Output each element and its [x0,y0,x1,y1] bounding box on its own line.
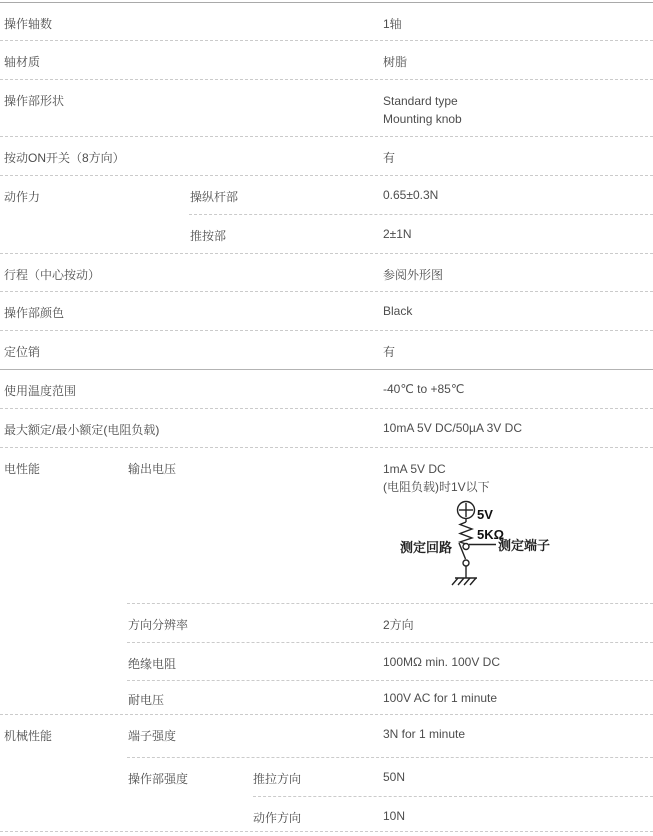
spec-value: 100MΩ min. 100V DC [383,655,500,669]
spec-value: 2方向 [383,616,414,633]
spec-value: 树脂 [383,53,407,70]
spec-sublabel: 动作方向 [253,809,301,826]
spec-value: 2±1N [383,227,412,241]
spec-value: 0.65±0.3N [383,188,438,202]
spec-label: 轴材质 [4,53,40,70]
spec-label: 操作轴数 [4,15,52,32]
spec-subrow: 绝缘电阻 100MΩ min. 100V DC [127,643,653,681]
spec-sublabel: 推拉方向 [253,770,301,787]
spec-value: Black [383,304,412,318]
spec-label: 动作力 [4,188,40,205]
resistor-icon [460,522,472,544]
spec-row: 按动ON开关（8方向） 有 [0,137,653,176]
spec-row: 操作轴数 1轴 [0,3,653,41]
spec-subrow: 推拉方向 50N [253,758,653,797]
spec-label: 按动ON开关（8方向） [4,149,125,166]
spec-row: 定位销 有 [0,331,653,370]
spec-sublabel: 端子强度 [128,727,176,744]
spec-label: 机械性能 [4,727,52,744]
spec-value-line: 1mA 5V DC [383,462,446,476]
spec-subrow-group: 操作部强度 推拉方向 50N 动作方向 10N [127,758,653,831]
spec-sublabel: 方向分辨率 [128,616,188,633]
spec-subrow: 端子强度 3N for 1 minute [127,715,653,758]
spec-value: 1mA 5V DC (电阻负载)时1V以下 [383,460,490,496]
spec-row: 操作部形状 Standard type Mounting knob [0,80,653,137]
spec-subrow: 操纵杆部 0.65±0.3N [189,176,653,215]
spec-label: 定位销 [4,343,40,360]
measurement-circuit-diagram: 5V 5KΩ 测定回路 测定端子 [388,499,573,591]
spec-sublabel: 操纵杆部 [190,188,238,205]
spec-row: 轴材质 树脂 [0,41,653,80]
spec-value-line: Standard type [383,94,458,108]
spec-subrow: 输出电压 1mA 5V DC (电阻负载)时1V以下 [127,448,653,604]
spec-sublabel: 耐电压 [128,691,164,708]
spec-row-group: 电性能 输出电压 1mA 5V DC (电阻负载)时1V以下 [0,448,653,715]
spec-label: 操作部形状 [4,92,64,109]
spec-subrow: 推按部 2±1N [189,215,653,253]
spec-row: 最大额定/最小额定(电阻负载) 10mA 5V DC/50µA 3V DC [0,409,653,448]
supply-voltage-label: 5V [477,507,493,522]
spec-value: 3N for 1 minute [383,727,465,741]
switch-contact-icon [463,560,469,566]
spec-sublabel: 操作部强度 [128,770,188,787]
spec-subtable: 输出电压 1mA 5V DC (电阻负载)时1V以下 [127,448,653,714]
spec-subtable: 端子强度 3N for 1 minute 操作部强度 推拉方向 50N 动作方向… [127,715,653,831]
spec-sublabel: 输出电压 [128,460,176,477]
spec-subrow: 耐电压 100V AC for 1 minute [127,681,653,714]
spec-subrow: 方向分辨率 2方向 [127,604,653,643]
spec-value: 有 [383,149,395,166]
spec-value: 参阅外形图 [383,266,443,283]
spec-label: 使用温度范围 [4,382,76,399]
measurement-loop-label: 测定回路 [400,540,452,555]
measurement-terminal-label: 测定端子 [498,538,550,553]
spec-value-line: (电阻负载)时1V以下 [383,480,490,494]
spec-value: Standard type Mounting knob [383,92,462,128]
spec-subtable: 操纵杆部 0.65±0.3N 推按部 2±1N [189,176,653,253]
spec-subrow: 动作方向 10N [253,797,653,831]
spec-label: 操作部颜色 [4,304,64,321]
spec-value: 有 [383,343,395,360]
spec-row: 操作部颜色 Black [0,292,653,331]
spec-label: 最大额定/最小额定(电阻负载) [4,421,159,438]
spec-label: 电性能 [4,460,40,477]
spec-row-group: 机械性能 端子强度 3N for 1 minute 操作部强度 推拉方向 50N… [0,715,653,832]
spec-value: 10mA 5V DC/50µA 3V DC [383,421,522,435]
spec-value: 1轴 [383,15,402,32]
spec-row: 使用温度范围 -40℃ to +85℃ [0,370,653,409]
spec-subtable: 推拉方向 50N 动作方向 10N [253,758,653,831]
spec-label: 行程（中心按动） [4,266,100,283]
spec-value: -40℃ to +85℃ [383,382,464,396]
spec-value: 100V AC for 1 minute [383,691,497,705]
switch-contact-icon [463,544,469,550]
spec-sublabel: 推按部 [190,227,226,244]
spec-table: 操作轴数 1轴 轴材质 树脂 操作部形状 Standard type Mount… [0,2,653,832]
spec-value: 10N [383,809,405,823]
spec-value-line: Mounting knob [383,112,462,126]
spec-row-group: 动作力 操纵杆部 0.65±0.3N 推按部 2±1N [0,176,653,254]
spec-sublabel: 绝缘电阻 [128,655,176,672]
spec-row: 行程（中心按动） 参阅外形图 [0,254,653,292]
spec-value: 50N [383,770,405,784]
